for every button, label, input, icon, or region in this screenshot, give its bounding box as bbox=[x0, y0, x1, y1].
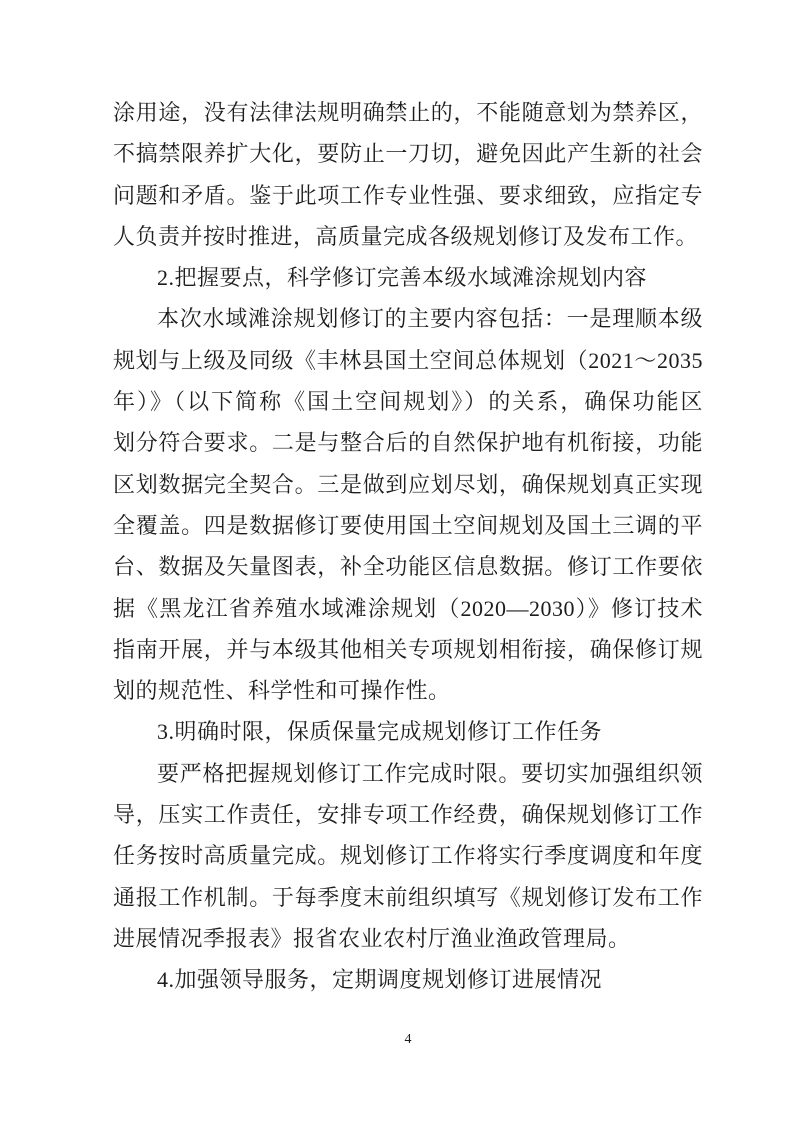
text-line: 4.加强领导服务，定期调度规划修订进展情况 bbox=[113, 959, 703, 1000]
heading-item-4: 4.加强领导服务，定期调度规划修订进展情况 bbox=[113, 959, 703, 1000]
text-line: 3.明确时限，保质保量完成规划修订工作任务 bbox=[113, 711, 703, 752]
text-line: 人负责并按时推进，高质量完成各级规划修订及发布工作。 bbox=[113, 216, 703, 257]
text-line: 年）》（以下简称《国土空间规划》）的关系，确保功能区 bbox=[113, 381, 703, 422]
page-number: 4 bbox=[405, 1032, 412, 1047]
text-line: 进展情况季报表》报省农业农村厅渔业渔政管理局。 bbox=[113, 918, 703, 959]
text-line: 要严格把握规划修订工作完成时限。要切实加强组织领 bbox=[113, 753, 703, 794]
text-line: 任务按时高质量完成。规划修订工作将实行季度调度和年度 bbox=[113, 835, 703, 876]
text-line: 2.把握要点，科学修订完善本级水域滩涂规划内容 bbox=[113, 257, 703, 298]
text-line: 本次水域滩涂规划修订的主要内容包括：一是理顺本级 bbox=[113, 298, 703, 339]
paragraph-item-3-body: 要严格把握规划修订工作完成时限。要切实加强组织领导，压实工作责任，安排专项工作经… bbox=[113, 753, 703, 959]
text-line: 全覆盖。四是数据修订要使用国土空间规划及国土三调的平 bbox=[113, 505, 703, 546]
text-line: 台、数据及矢量图表，补全功能区信息数据。修订工作要依 bbox=[113, 546, 703, 587]
document-page: 涂用途，没有法律法规明确禁止的，不能随意划为禁养区，不搞禁限养扩大化，要防止一刀… bbox=[0, 0, 793, 1122]
text-line: 划的规范性、科学性和可操作性。 bbox=[113, 670, 703, 711]
text-line: 指南开展，并与本级其他相关专项规划相衔接，确保修订规 bbox=[113, 629, 703, 670]
paragraph-item-2-body: 本次水域滩涂规划修订的主要内容包括：一是理顺本级规划与上级及同级《丰林县国土空间… bbox=[113, 298, 703, 711]
heading-item-2: 2.把握要点，科学修订完善本级水域滩涂规划内容 bbox=[113, 257, 703, 298]
text-line: 区划数据完全契合。三是做到应划尽划，确保规划真正实现 bbox=[113, 464, 703, 505]
text-line: 通报工作机制。于每季度末前组织填写《规划修订发布工作 bbox=[113, 877, 703, 918]
text-line: 不搞禁限养扩大化，要防止一刀切，避免因此产生新的社会 bbox=[113, 133, 703, 174]
text-line: 据《黑龙江省养殖水域滩涂规划（2020—2030）》修订技术 bbox=[113, 588, 703, 629]
paragraph-continuation: 涂用途，没有法律法规明确禁止的，不能随意划为禁养区，不搞禁限养扩大化，要防止一刀… bbox=[113, 92, 703, 257]
text-line: 规划与上级及同级《丰林县国土空间总体规划（2021～2035 bbox=[113, 340, 703, 381]
text-line: 涂用途，没有法律法规明确禁止的，不能随意划为禁养区， bbox=[113, 92, 703, 133]
text-line: 问题和矛盾。鉴于此项工作专业性强、要求细致，应指定专 bbox=[113, 175, 703, 216]
document-content: 涂用途，没有法律法规明确禁止的，不能随意划为禁养区，不搞禁限养扩大化，要防止一刀… bbox=[113, 92, 703, 1001]
page-footer: 4 bbox=[113, 1030, 703, 1050]
text-line: 导，压实工作责任，安排专项工作经费，确保规划修订工作 bbox=[113, 794, 703, 835]
text-line: 划分符合要求。二是与整合后的自然保护地有机衔接，功能 bbox=[113, 422, 703, 463]
heading-item-3: 3.明确时限，保质保量完成规划修订工作任务 bbox=[113, 711, 703, 752]
